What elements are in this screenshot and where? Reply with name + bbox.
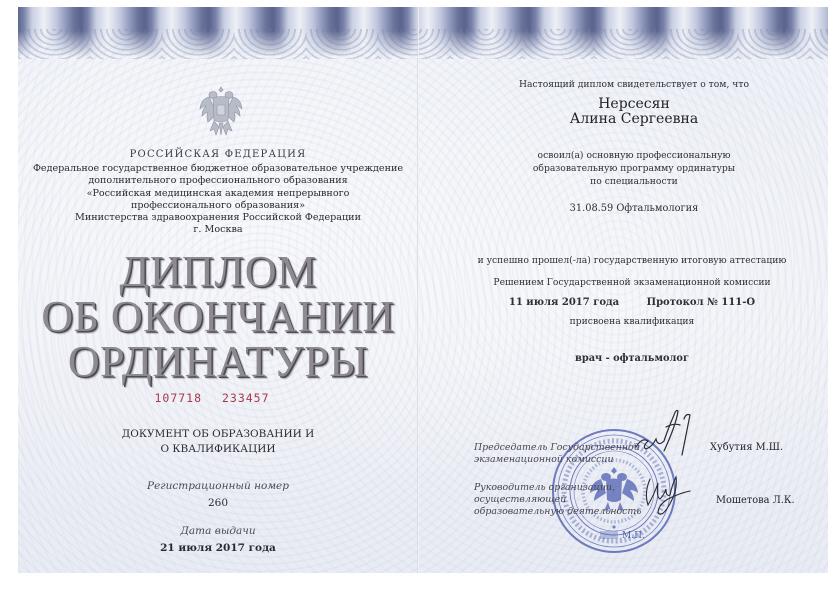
protocol-line: 11 июля 2017 года Протокол № 111-О bbox=[428, 297, 832, 308]
signatory-name-head: Мошетова Л.К. bbox=[716, 495, 795, 506]
graduate-given-names: Алина Сергеевна bbox=[430, 112, 832, 127]
institution-line: г. Москва bbox=[18, 224, 418, 236]
registration-number: 260 bbox=[18, 497, 418, 509]
right-page: Настоящий диплом свидетельствует о том, … bbox=[420, 7, 828, 573]
graduate-surname: Нерсесян bbox=[430, 97, 832, 112]
graduate-name: Нерсесян Алина Сергеевна bbox=[430, 97, 832, 127]
qualification: врач - офтальмолог bbox=[428, 353, 832, 364]
signatory-name-chairman: Хубутия М.Ш. bbox=[710, 442, 783, 453]
institution-name: Федеральное государственное бюджетное об… bbox=[18, 163, 418, 237]
issue-date-label: Дата выдачи bbox=[18, 525, 418, 537]
institution-line: Министерства здравоохранения Российской … bbox=[18, 212, 418, 224]
protocol-number: Протокол № 111-О bbox=[647, 297, 755, 308]
program-statement: освоил(а) основную профессиональную обра… bbox=[430, 149, 832, 188]
serial-digits: 233457 bbox=[222, 391, 270, 405]
serial-number: 107718 233457 bbox=[12, 391, 412, 405]
signature-chairman-icon bbox=[632, 405, 698, 463]
country-name: РОССИЙСКАЯ ФЕДЕРАЦИЯ bbox=[18, 149, 418, 160]
program-statement-line: по специальности bbox=[430, 175, 832, 188]
certifies-statement: Настоящий диплом свидетельствует о том, … bbox=[430, 79, 832, 90]
specialty: 31.08.59 Офтальмология bbox=[430, 203, 832, 214]
program-statement-line: образовательную программу ординатуры bbox=[430, 162, 832, 175]
issue-date: 21 июля 2017 года bbox=[18, 542, 418, 554]
diploma-title-line-2: ОБ ОКОНЧАНИИ bbox=[18, 295, 418, 339]
institution-line: дополнительного профессионального образо… bbox=[18, 175, 418, 187]
attestation-statement: и успешно прошел(-ла) государственную ит… bbox=[428, 255, 832, 266]
institution-line: профессионального образования» bbox=[18, 200, 418, 212]
qualification-label: присвоена квалификация bbox=[428, 316, 832, 327]
registration-number-label: Регистрационный номер bbox=[18, 480, 418, 492]
document-type: ДОКУМЕНТ ОБ ОБРАЗОВАНИИ И О КВАЛИФИКАЦИИ bbox=[18, 427, 418, 457]
signature-head-icon bbox=[620, 467, 698, 527]
institution-line: Федеральное государственное бюджетное об… bbox=[18, 163, 418, 175]
institution-line: «Российская медицинская академия непреры… bbox=[18, 188, 418, 200]
commission-decision: Решением Государственной экзаменационной… bbox=[428, 277, 832, 288]
document-type-line: О КВАЛИФИКАЦИИ bbox=[18, 442, 418, 457]
diploma-title-line-1: ДИПЛОМ bbox=[18, 250, 418, 294]
program-statement-line: освоил(а) основную профессиональную bbox=[430, 149, 832, 162]
diploma-title-line-3: ОРДИНАТУРЫ bbox=[18, 340, 418, 384]
exam-date: 11 июля 2017 года bbox=[509, 297, 619, 308]
left-page: РОССИЙСКАЯ ФЕДЕРАЦИЯ Федеральное государ… bbox=[18, 7, 418, 573]
document-type-line: ДОКУМЕНТ ОБ ОБРАЗОВАНИИ И bbox=[18, 427, 418, 442]
svg-text:М.П.: М.П. bbox=[622, 531, 645, 541]
serial-series: 107718 bbox=[154, 391, 202, 405]
double-headed-eagle-emblem-icon bbox=[198, 83, 244, 141]
